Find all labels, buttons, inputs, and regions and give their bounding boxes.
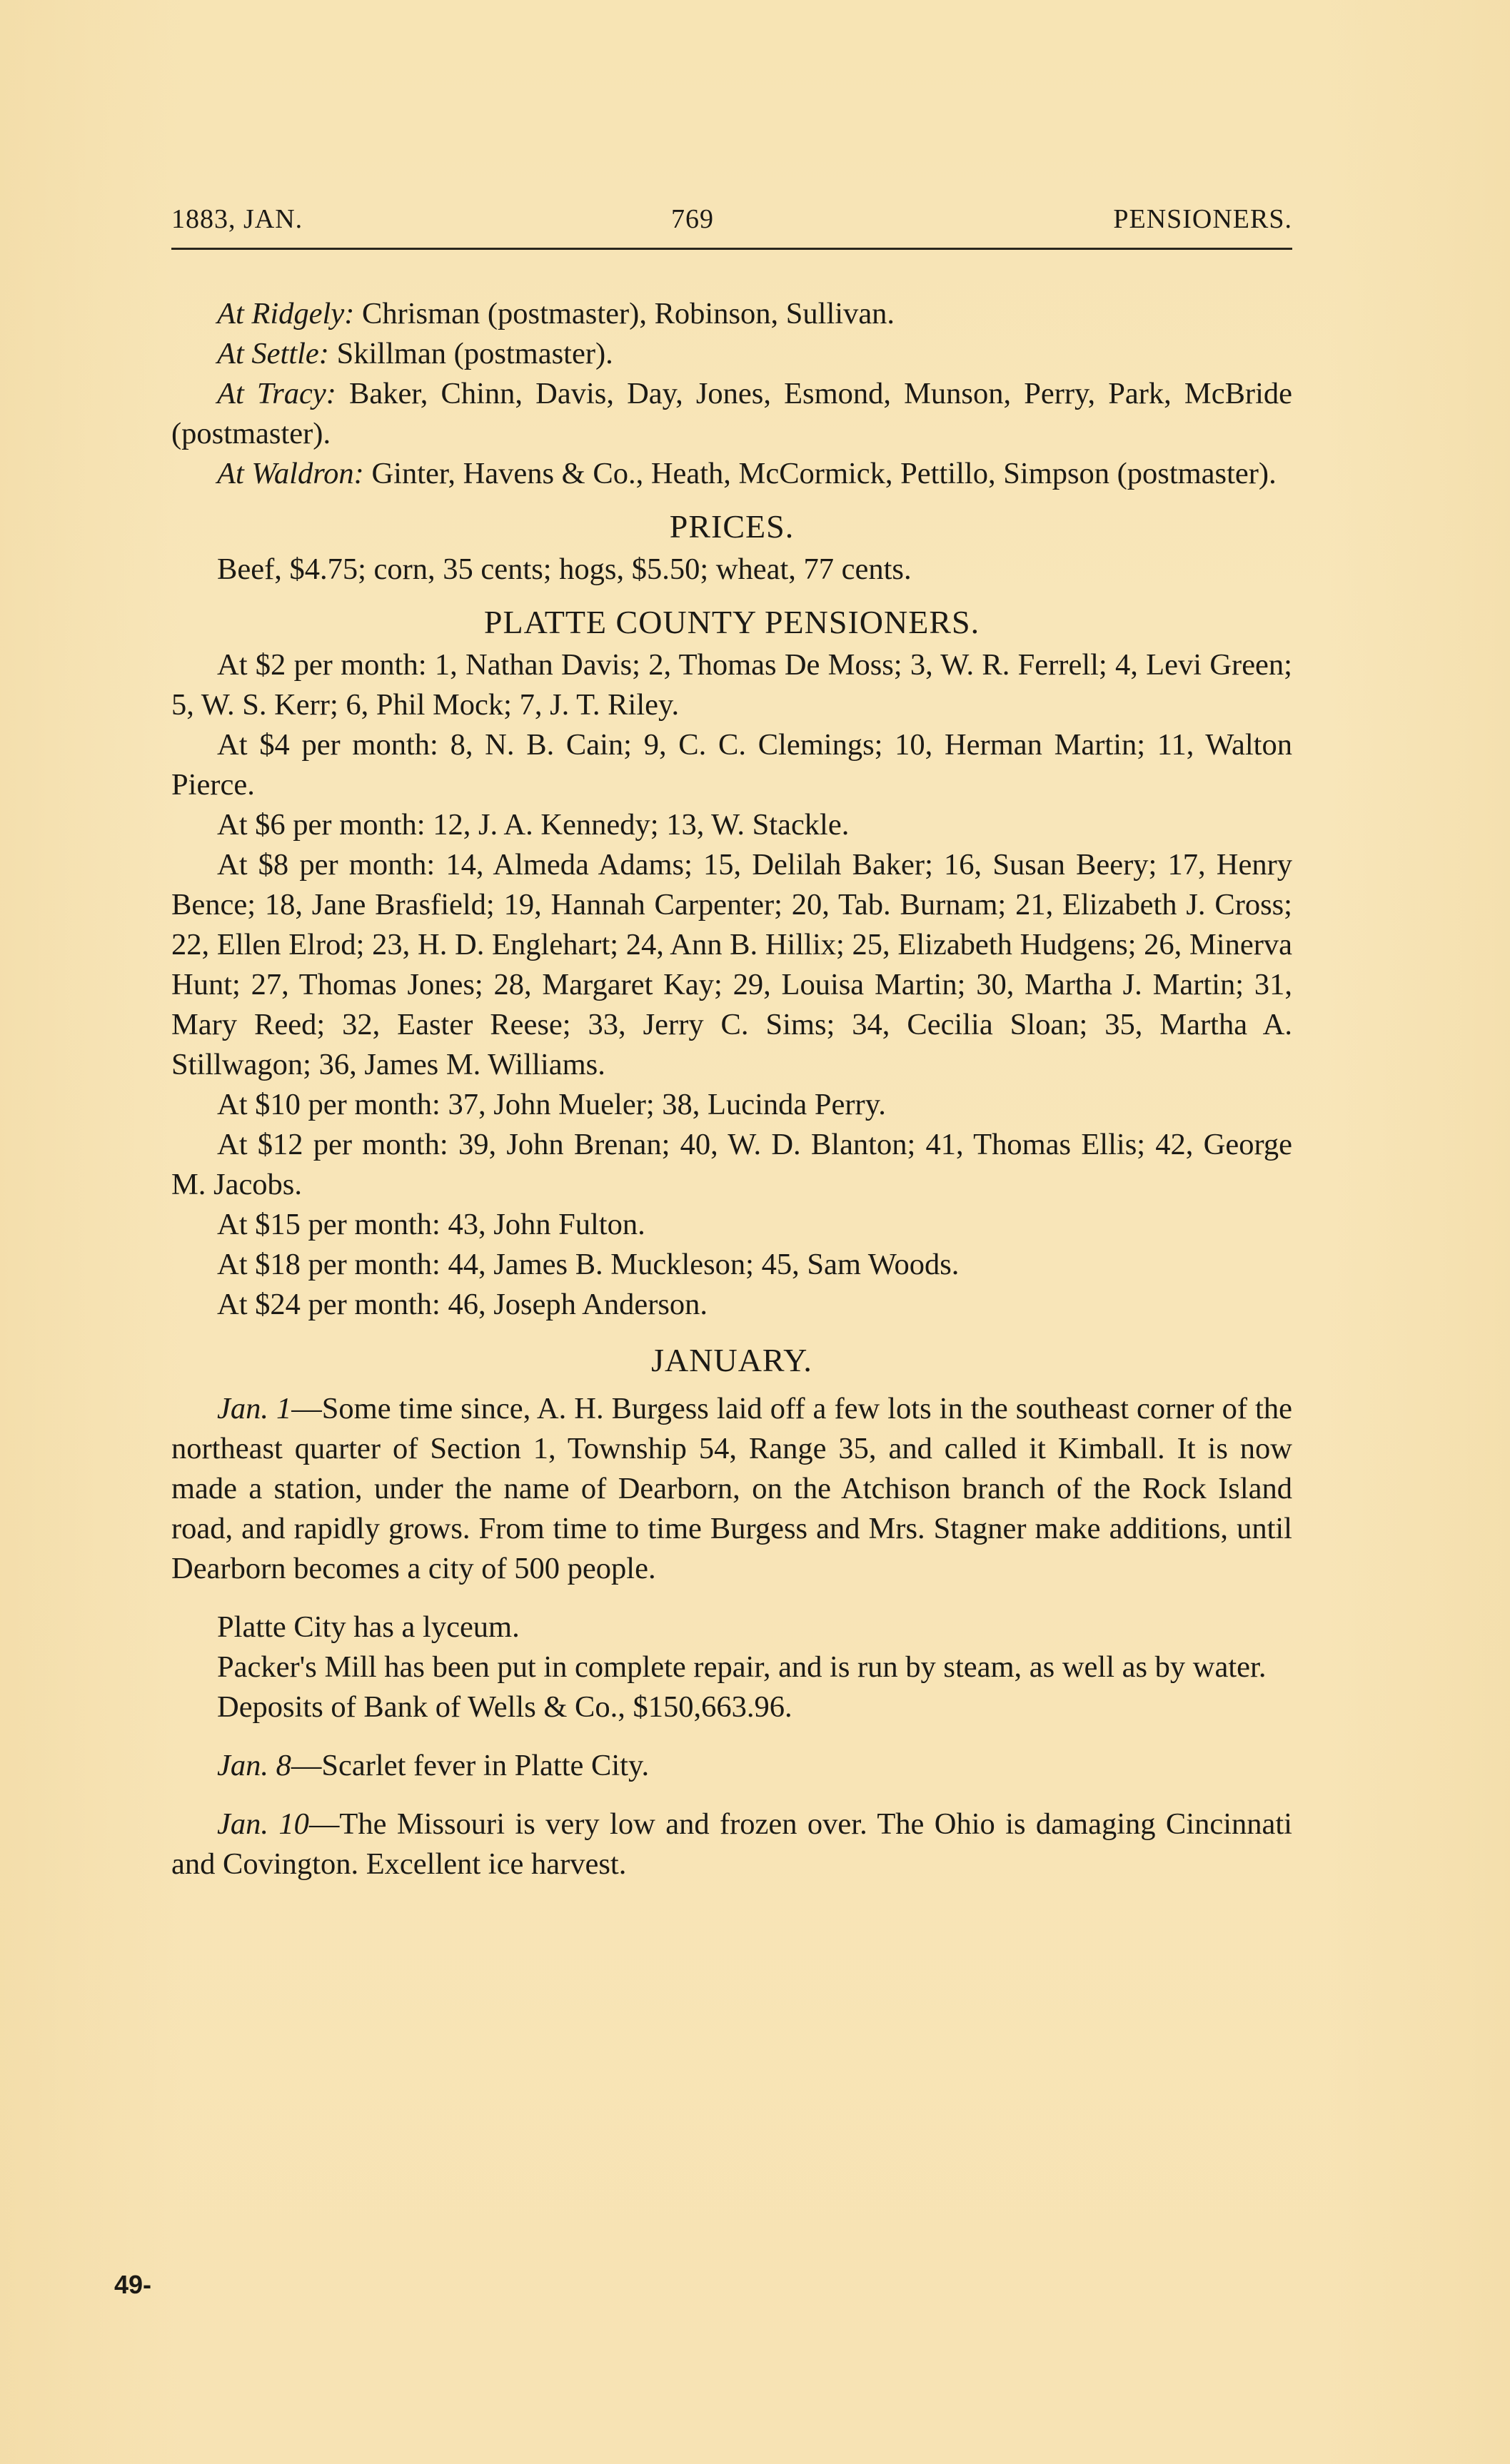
pension-group: At $8 per month: 14, Almeda Adams; 15, D…: [171, 845, 1292, 1085]
entry-text: —Some time since, A. H. Burgess laid off…: [171, 1392, 1292, 1585]
entry-text: Platte City has a lyceum.: [217, 1610, 520, 1644]
pension-names: 46, Joseph Anderson.: [441, 1288, 708, 1321]
pension-names: 37, John Mueler; 38, Lucinda Perry.: [441, 1088, 886, 1121]
chronicle-entry: Jan. 8—Scarlet fever in Platte City.: [171, 1746, 1292, 1786]
entry-text: —The Missouri is very low and frozen ove…: [171, 1807, 1292, 1881]
running-head: 1883, JAN. 769 PENSIONERS.: [171, 203, 1292, 246]
entry-date: Jan. 10: [217, 1807, 309, 1841]
printer-signature-mark: 49-: [114, 2270, 151, 2300]
header-rule: [171, 248, 1292, 250]
pension-rate: At $18 per month:: [217, 1248, 441, 1281]
page-number: 769: [671, 203, 714, 235]
pension-names: 44, James B. Muckleson; 45, Sam Woods.: [441, 1248, 960, 1281]
pension-rate: At $8 per month:: [217, 848, 435, 882]
pension-rate: At $2 per month:: [217, 648, 427, 682]
chronicle-entry: Jan. 10—The Missouri is very low and fro…: [171, 1804, 1292, 1884]
prices-heading: PRICES.: [171, 507, 1292, 547]
place-name: At Tracy:: [217, 377, 336, 410]
postmaster-entry: At Settle: Skillman (postmaster).: [171, 334, 1292, 374]
place-name: At Settle:: [217, 337, 329, 370]
entry-text: —Scarlet fever in Platte City.: [291, 1749, 649, 1782]
pension-names: 43, John Fulton.: [441, 1208, 645, 1241]
pension-group: At $24 per month: 46, Joseph Anderson.: [171, 1285, 1292, 1325]
pension-rate: At $6 per month:: [217, 808, 426, 842]
january-heading: JANUARY.: [171, 1340, 1292, 1380]
chronicle-entry: Platte City has a lyceum.: [171, 1607, 1292, 1647]
pension-names: 12, J. A. Kennedy; 13, W. Stackle.: [426, 808, 850, 842]
entry-date: Jan. 1: [217, 1392, 291, 1425]
prices-text: Beef, $4.75; corn, 35 cents; hogs, $5.50…: [171, 550, 1292, 590]
entry-text: Deposits of Bank of Wells & Co., $150,66…: [217, 1690, 792, 1724]
header-section-title: PENSIONERS.: [1113, 203, 1292, 235]
place-name: At Ridgely:: [217, 297, 354, 330]
pension-rate: At $10 per month:: [217, 1088, 441, 1121]
january-entries: Jan. 1—Some time since, A. H. Burgess la…: [171, 1389, 1292, 1884]
pension-group: At $6 per month: 12, J. A. Kennedy; 13, …: [171, 805, 1292, 845]
postmaster-listing: At Ridgely: Chrisman (postmaster), Robin…: [171, 294, 1292, 494]
postmaster-entry: At Waldron: Ginter, Havens & Co., Heath,…: [171, 454, 1292, 494]
pension-rate: At $24 per month:: [217, 1288, 441, 1321]
pension-names: 14, Almeda Adams; 15, Delilah Baker; 16,…: [171, 848, 1292, 1081]
pension-rate: At $4 per month:: [217, 728, 438, 762]
chronicle-entry: Deposits of Bank of Wells & Co., $150,66…: [171, 1687, 1292, 1727]
postmaster-entry: At Tracy: Baker, Chinn, Davis, Day, Jone…: [171, 374, 1292, 454]
chronicle-entry: Packer's Mill has been put in complete r…: [171, 1647, 1292, 1687]
chronicle-entry: Jan. 1—Some time since, A. H. Burgess la…: [171, 1389, 1292, 1589]
place-name: At Waldron:: [217, 457, 364, 490]
pension-group: At $2 per month: 1, Nathan Davis; 2, Tho…: [171, 645, 1292, 725]
pensioner-list: At $2 per month: 1, Nathan Davis; 2, Tho…: [171, 645, 1292, 1325]
pension-group: At $15 per month: 43, John Fulton.: [171, 1205, 1292, 1245]
pension-group: At $12 per month: 39, John Brenan; 40, W…: [171, 1125, 1292, 1205]
pension-rate: At $15 per month:: [217, 1208, 441, 1241]
pension-group: At $4 per month: 8, N. B. Cain; 9, C. C.…: [171, 725, 1292, 805]
pension-rate: At $12 per month:: [217, 1128, 448, 1161]
entry-text: Packer's Mill has been put in complete r…: [217, 1650, 1266, 1684]
body-text: At Ridgely: Chrisman (postmaster), Robin…: [171, 294, 1292, 1884]
pension-group: At $10 per month: 37, John Mueler; 38, L…: [171, 1085, 1292, 1125]
postmaster-entry: At Ridgely: Chrisman (postmaster), Robin…: [171, 294, 1292, 334]
pension-group: At $18 per month: 44, James B. Muckleson…: [171, 1245, 1292, 1285]
entry-date: Jan. 8: [217, 1749, 291, 1782]
header-date: 1883, JAN.: [171, 203, 303, 235]
pensioners-heading: PLATTE COUNTY PENSIONERS.: [171, 602, 1292, 642]
